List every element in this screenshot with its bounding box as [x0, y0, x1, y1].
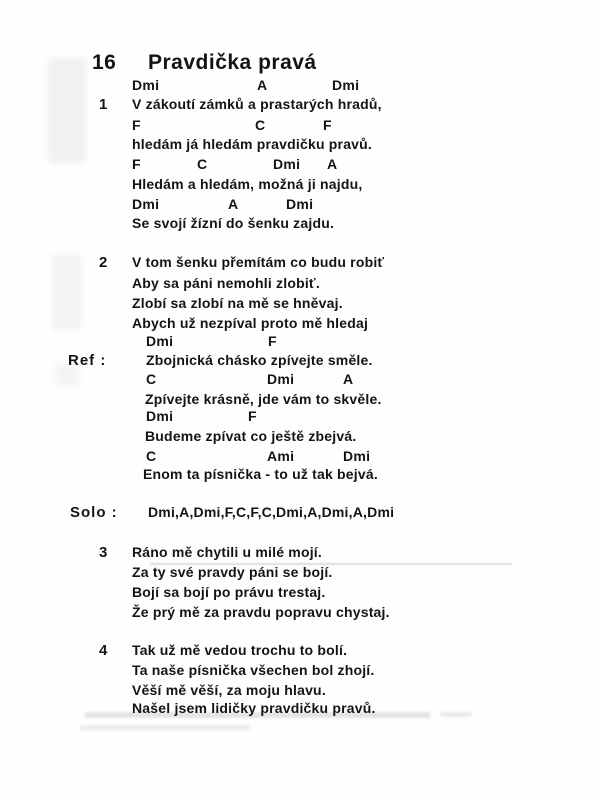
lyric-line: Věší mě věší, za moju hlavu.	[132, 683, 326, 697]
lyric-line: Zlobí sa zlobí na mě se hněvaj.	[132, 296, 343, 310]
song-page: 16 Pravdička pravá 1DmiADmiV zákoutí zám…	[0, 0, 600, 800]
chord: Dmi	[132, 197, 159, 211]
lyric-line: Bojí sa bojí po právu trestaj.	[132, 585, 325, 599]
chord: F	[248, 409, 257, 423]
chord: Dmi	[267, 372, 294, 386]
chord: A	[257, 78, 267, 92]
song-number: 16	[92, 51, 116, 75]
chord: A	[228, 197, 238, 211]
chord: C	[146, 449, 156, 463]
chord: Dmi	[132, 78, 159, 92]
verse-number: 4	[99, 643, 107, 658]
chord: Dmi	[273, 157, 300, 171]
verse-number: 1	[99, 97, 107, 112]
scan-artifact-ghost-text	[440, 712, 472, 717]
lyric-line: Našel jsem lidičky pravdičku pravů.	[132, 701, 376, 715]
chord: Dmi	[343, 449, 370, 463]
chord: F	[132, 118, 141, 132]
lyric-line: Že prý mě za pravdu popravu chystaj.	[132, 605, 390, 619]
lyric-line: hledám já hledám pravdičku pravů.	[132, 137, 372, 151]
chord: Ami	[267, 449, 294, 463]
scan-artifact-smudge	[52, 255, 82, 330]
lyric-line: Zbojnická chásko zpívejte směle.	[146, 353, 373, 367]
chord: Dmi	[286, 197, 313, 211]
lyric-line: Se svojí žízní do šenku zajdu.	[132, 216, 334, 230]
song-title: Pravdička pravá	[148, 51, 317, 75]
chord: C	[255, 118, 265, 132]
lyric-line: Budeme zpívat co ještě zbejvá.	[145, 429, 356, 443]
song-sheet: 16 Pravdička pravá 1DmiADmiV zákoutí zám…	[0, 0, 600, 800]
lyric-line: Ráno mě chytili u milé mojí.	[132, 545, 322, 559]
lyric-line: V tom šenku přemítám co budu robiť	[132, 255, 384, 269]
chord: C	[197, 157, 207, 171]
lyric-line: Tak už mě vedou trochu to bolí.	[132, 643, 347, 657]
lyric-line: Zpívejte krásně, jde vám to skvěle.	[145, 392, 382, 406]
chord: A	[327, 157, 337, 171]
scan-artifact-ghost-text	[80, 725, 250, 730]
lyric-line: Ta naše písnička všechen bol zhojí.	[132, 663, 374, 677]
section-label: Solo :	[70, 505, 118, 520]
lyric-line: Abych už nezpíval proto mě hledaj	[132, 316, 368, 330]
chord: C	[146, 372, 156, 386]
solo-chords: Dmi,A,Dmi,F,C,F,C,Dmi,A,Dmi,A,Dmi	[148, 505, 394, 519]
chord: A	[343, 372, 353, 386]
lyric-line: Enom ta písnička - to už tak bejvá.	[143, 467, 378, 481]
chord: F	[323, 118, 332, 132]
chord: F	[268, 334, 277, 348]
lyric-line: V zákoutí zámků a prastarých hradů,	[132, 97, 382, 111]
chord: F	[132, 157, 141, 171]
section-label: Ref :	[68, 353, 106, 368]
lyric-line: Hledám a hledám, možná ji najdu,	[132, 177, 362, 191]
verse-number: 2	[99, 255, 107, 270]
chord: Dmi	[332, 78, 359, 92]
lyric-line: Aby sa páni nemohli zlobiť.	[132, 276, 320, 290]
lyric-line: Za ty své pravdy páni se bojí.	[132, 565, 333, 579]
scan-artifact-smudge	[48, 58, 86, 163]
chord: Dmi	[146, 409, 173, 423]
verse-number: 3	[99, 545, 107, 560]
chord: Dmi	[146, 334, 173, 348]
